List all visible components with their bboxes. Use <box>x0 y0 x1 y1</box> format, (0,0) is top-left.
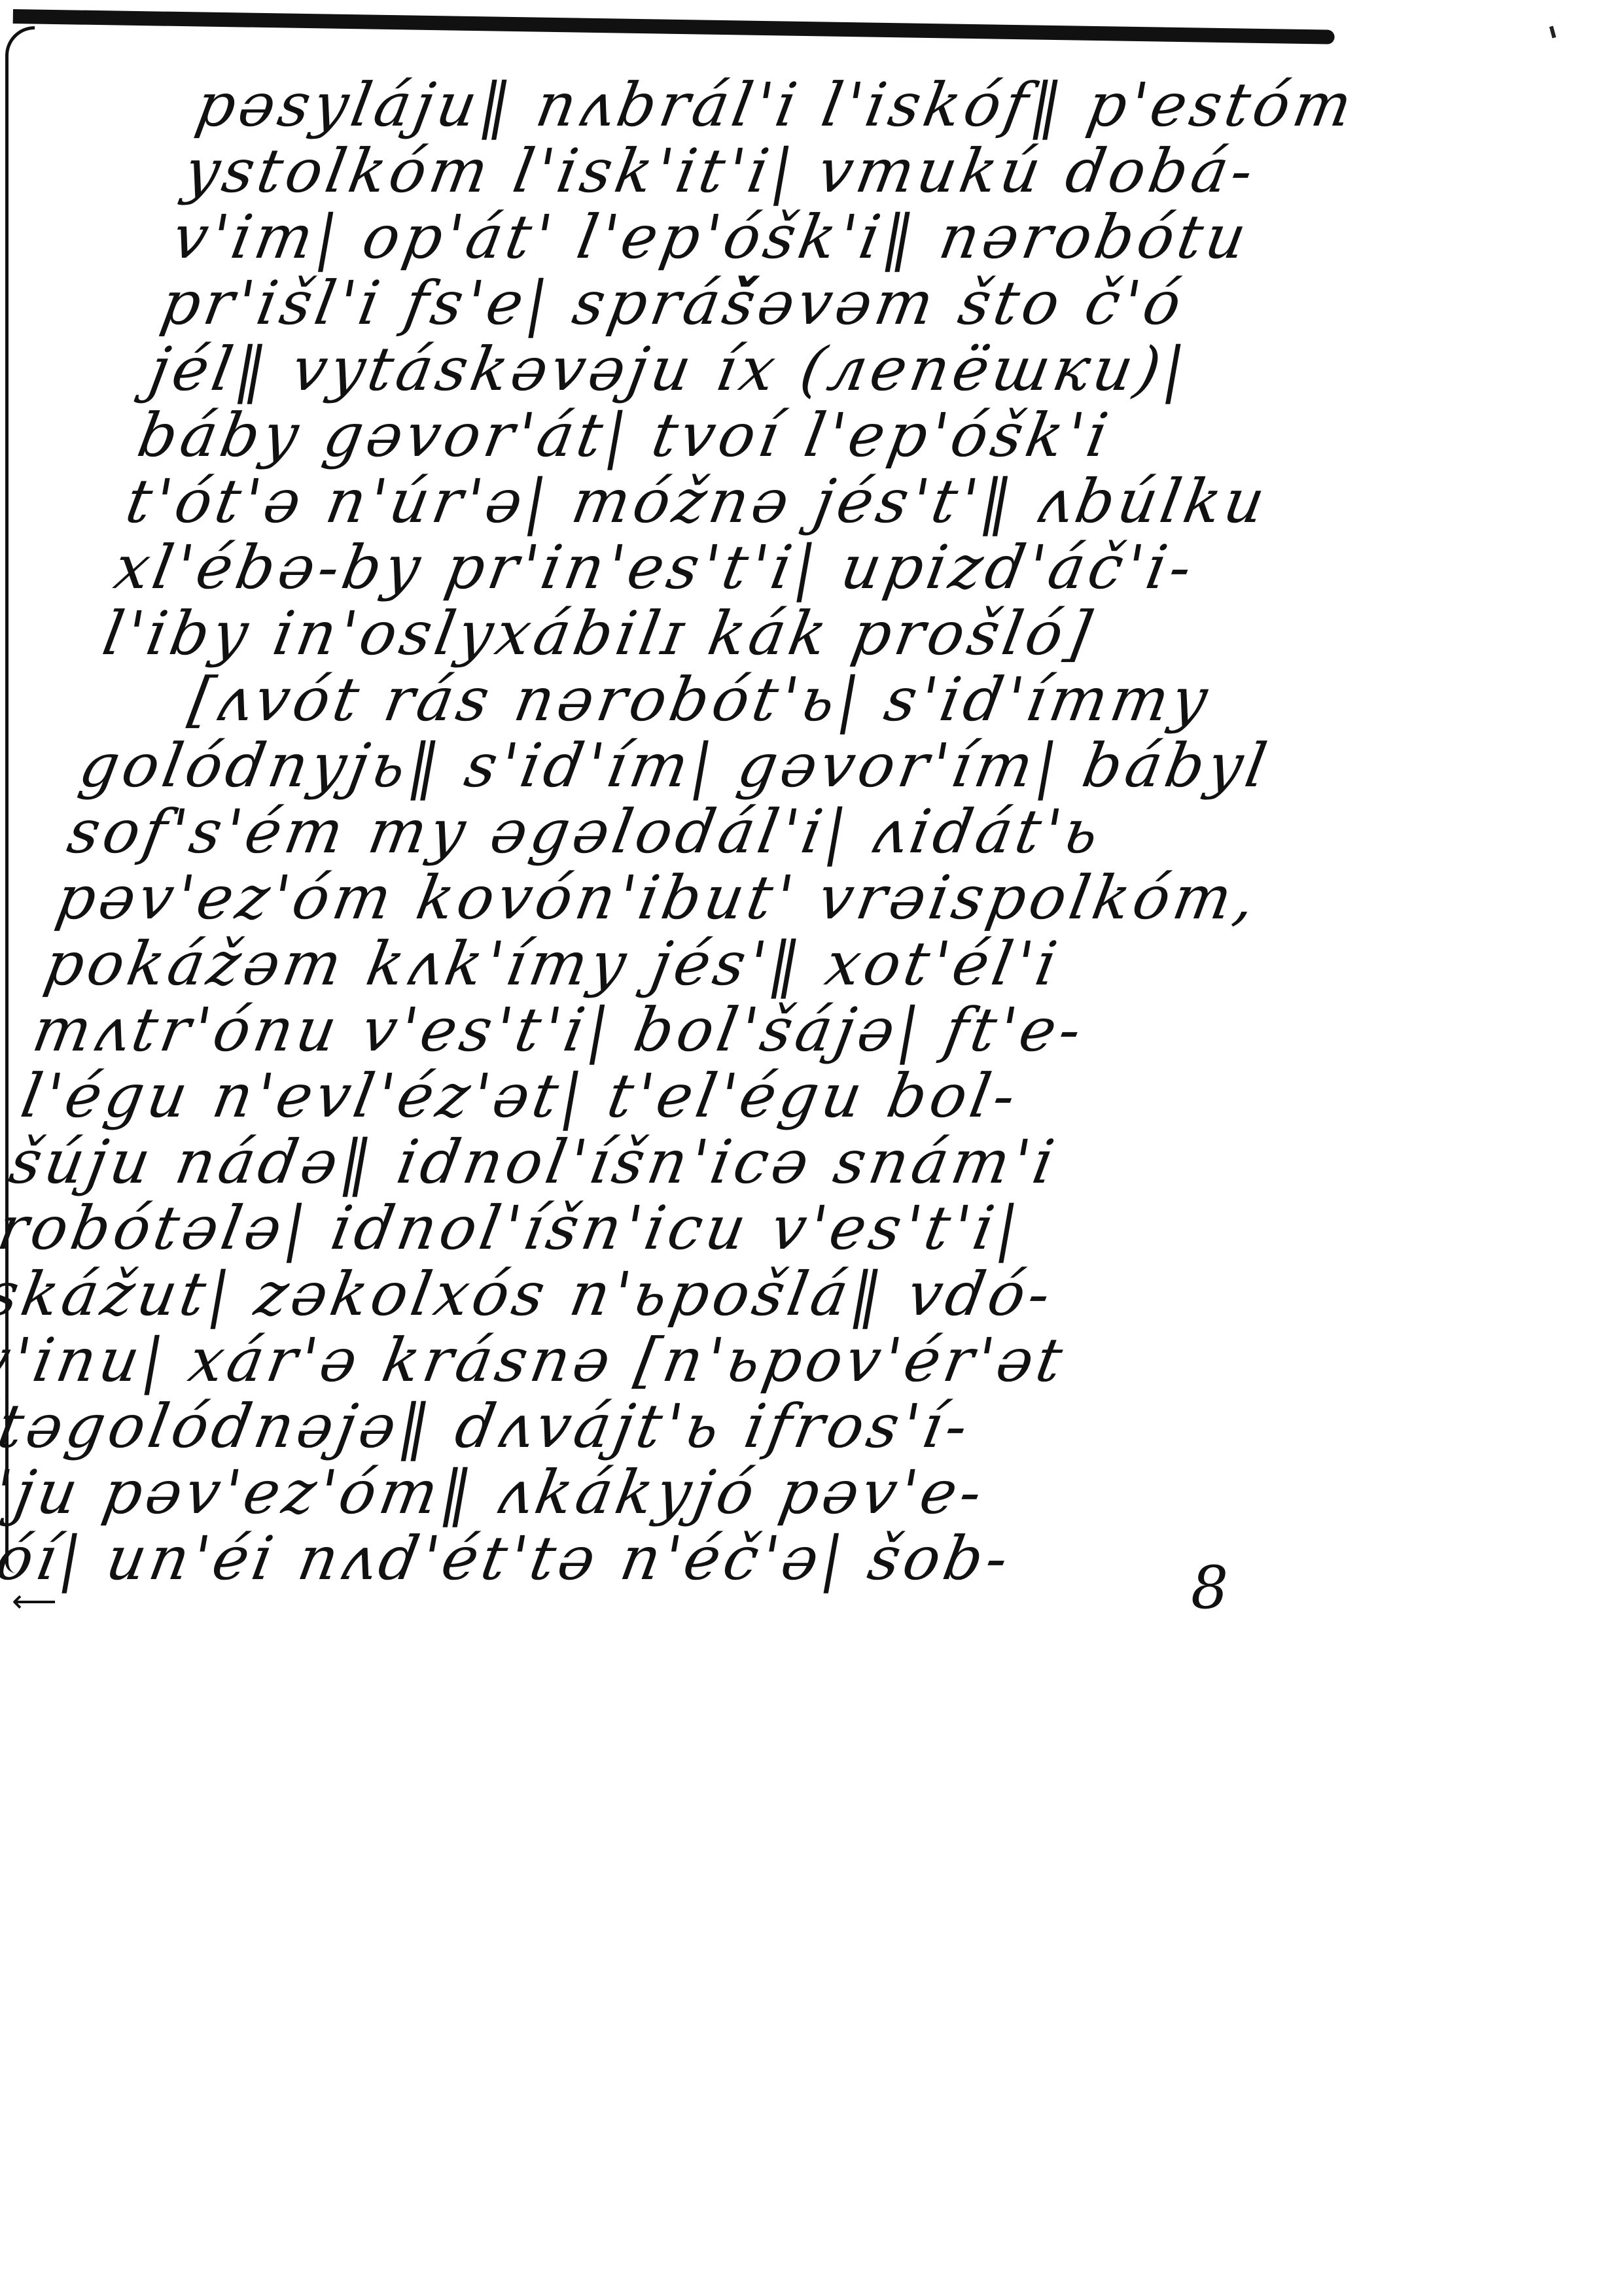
text-line: štəgolódnəjə‖ dʌvájt'ь ifros'í- <box>0 1393 1167 1459</box>
text-line: xl'ébə-by pr'in'es't'i| upizd'áč'i- <box>110 534 1319 600</box>
document-page: ⟵ pəsyláju‖ nʌbrál'i l'iskóf‖ p'estóm ys… <box>0 0 1607 2296</box>
text-line: pr'išl'i fs'e| spráš̌əvəm što č'ó <box>156 270 1366 336</box>
text-line: z'óí| un'éi nʌd'ét'tə n'éč'ə| šob- <box>0 1525 1144 1592</box>
text-line: l'iby in'oslyxábilɪ kák prošló] <box>98 600 1307 667</box>
text-line: šúju nádə‖ idnol'íšn'icə snám'i <box>5 1129 1214 1195</box>
text-line: n'ju pəv'ez'óm‖ ʌkákyjó pəv'e- <box>0 1459 1156 1525</box>
text-line: báby gəvor'át| tvoí l'ep'óšk'i <box>133 402 1342 468</box>
text-line: l'égu n'evl'éz'ət| t'el'égu bol- <box>16 1063 1226 1129</box>
text-line: mʌtr'ónu v'es't'i| bol'šájə| ft'e- <box>28 997 1237 1063</box>
text-line: skážut| zəkolxós n'ьpošlá‖ vdó- <box>0 1261 1190 1327</box>
text-line: sof's'ém my əgəlodál'i| ʌidát'ь <box>63 799 1272 865</box>
text-line: v'inu| xár'ə krásnə [n'ьpov'ér'ət <box>0 1327 1179 1393</box>
text-line: pəsyláju‖ nʌbrál'i l'iskóf‖ p'estóm <box>191 72 1400 138</box>
text-line-paragraph-start: [ʌvót rás nərobót'ь| s'id'ímmy <box>86 667 1296 733</box>
text-line: jél‖ vytáskəvəju íx (лепёшки)| <box>145 336 1354 402</box>
page-number: 8 <box>1191 1554 1228 1622</box>
text-line: t'ót'ə n'úr'ə| móžnə jés't'‖ ʌbúlku <box>121 468 1330 534</box>
scan-edge-bar <box>13 9 1335 44</box>
text-line: golódnyjь‖ s'id'ím| gəvor'ím| bábyl <box>75 733 1284 799</box>
text-line: pokážəm kʌk'ímy jés'‖ xot'él'i <box>40 931 1249 997</box>
handwritten-transcription: pəsyláju‖ nʌbrál'i l'iskóf‖ p'estóm ysto… <box>0 72 1400 1592</box>
text-line: ystolkóm l'isk'it'i| vmukú dobá- <box>179 138 1388 204</box>
text-line: robótələ| idnol'íšn'icu v'es't'i| <box>0 1195 1202 1261</box>
text-line: pəv'ez'óm kovón'ibut' vrəispolkóm, <box>51 865 1260 931</box>
text-line: v'im| op'át' l'ep'óšk'i‖ nərobótu <box>168 204 1377 270</box>
scan-speck <box>1549 26 1556 39</box>
